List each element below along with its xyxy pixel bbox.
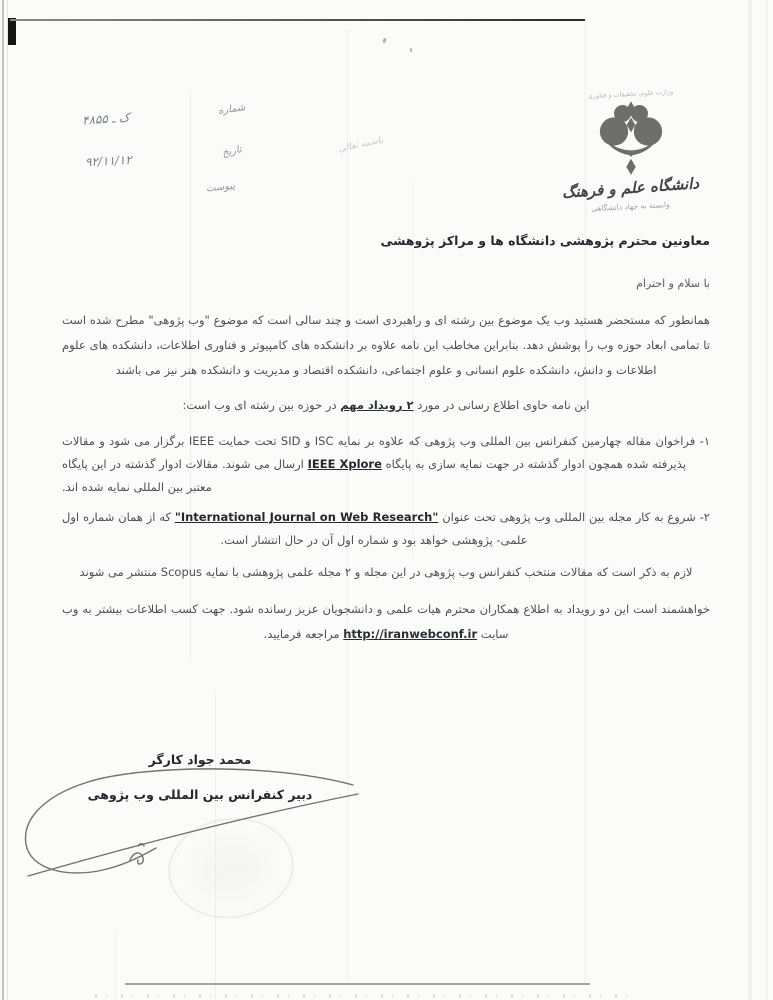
events-intro-pre: این نامه حاوی اطلاع رسانی در مورد [414,398,590,412]
scan-speck [410,48,413,52]
footer-cutoff-text [95,994,640,998]
page-right-shadow-outer [766,0,768,1000]
list-item-2: ۲- شروع به کار مجله بین المللی وب پژوهی … [62,506,710,552]
page-left-edge [2,0,4,1000]
events-count-highlight: ۲ رویداد مهم [340,398,413,412]
conference-website-link: http://iranwebconf.ir [343,627,477,641]
ref-date-value: ۹۲/۱۱/۱۲ [85,153,132,169]
events-intro-line: این نامه حاوی اطلاع رسانی در مورد ۲ روید… [62,393,710,418]
ref-date-label: تاریخ [221,144,243,159]
intro-paragraph: همانطور که مستحضر هستید وب یک موضوع بین … [62,308,710,383]
footer-divider-line [125,983,590,985]
closing-post: مراجعه فرمایید. [264,627,344,641]
item2-number: ۲- [700,510,710,524]
events-intro-post: در حوزه بین رشته ای وب است: [183,398,341,412]
university-name: دانشگاه علم و فرهنگ [553,174,709,203]
scan-speck [382,38,387,44]
letter-body: معاونین محترم پژوهشی دانشگاه ها و مراکز … [62,232,710,647]
closing-paragraph: خواهشمند است این دو رویداد به اطلاع همکا… [62,597,710,647]
scan-top-line [10,19,585,21]
university-flower-emblem-icon [598,101,664,177]
bismillah-text: باسمه تعالی [337,135,384,154]
ministry-line: وزارت علوم، تحقیقات و فناوری [553,86,708,102]
journal-title-text: "International Journal on Web Research" [175,510,439,524]
scanned-letter-page: شماره ک ـ ۴۸۵۵ تاریخ ۹۲/۱۱/۱۲ پیوست وزار… [0,0,773,1000]
page-right-shadow [748,0,752,1000]
scan-streak [115,930,116,1000]
ieee-xplore-text: IEEE Xplore [308,457,382,471]
salutation: با سلام و احترام [62,276,710,292]
letterhead: وزارت علوم، تحقیقات و فناوری دانشگاه علم… [553,90,708,211]
item2-text-pre: شروع به کار مجله بین المللی وب پژوهی تحت… [438,510,699,524]
recipient-heading: معاونین محترم پژوهشی دانشگاه ها و مراکز … [62,232,710,250]
page-left-edge-inner [7,0,8,1000]
list-item-1: ۱- فراخوان مقاله چهارمین کنفرانس بین الم… [62,430,710,499]
item1-text-post: ارسال می شوند. مقالات ادوار گذشته در این… [62,457,308,494]
ref-attachment-label: پیوست [206,181,236,195]
scopus-note-paragraph: لازم به ذکر است که مقالات منتخب کنفرانس … [62,560,710,585]
scan-corner-mark [8,18,16,45]
ref-number-label: شماره [217,102,246,117]
item1-number: ۱- [700,434,710,448]
ref-number-value: ک ـ ۴۸۵۵ [82,110,131,127]
